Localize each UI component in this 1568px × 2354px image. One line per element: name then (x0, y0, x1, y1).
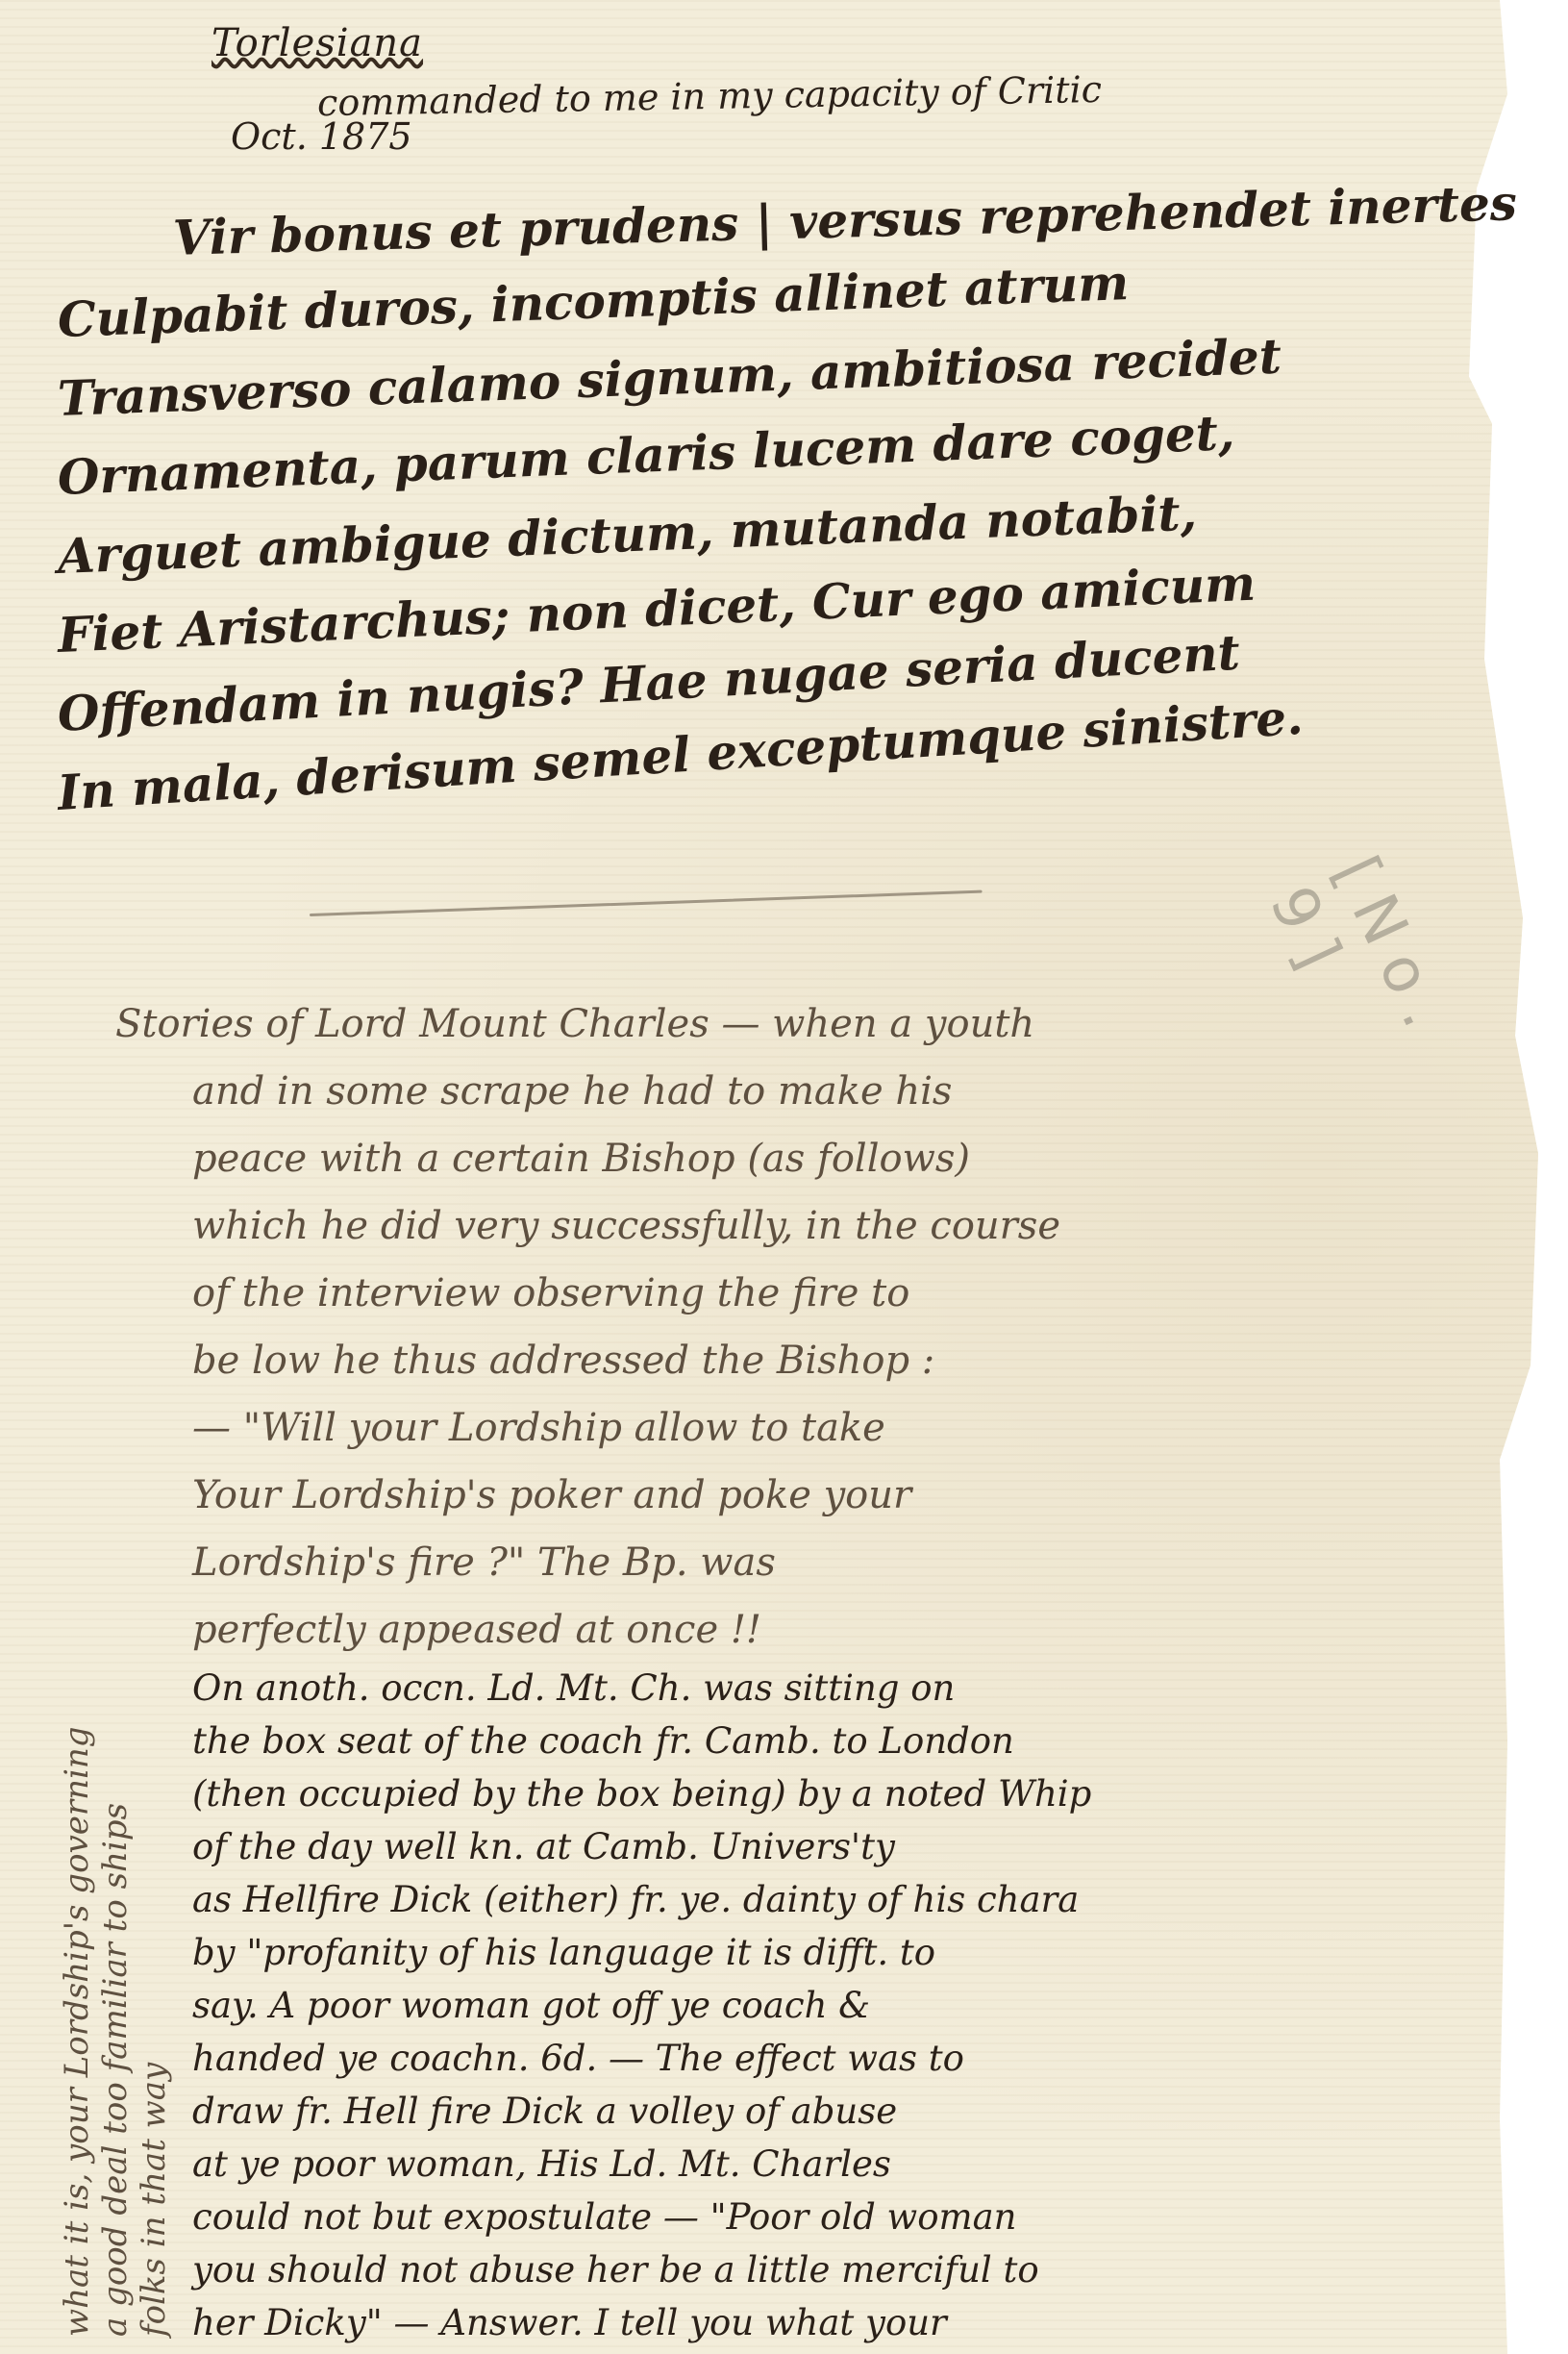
story-line: as Hellfire Dick (either) fr. ye. dainty… (192, 1873, 1519, 1926)
page-date: Oct. 1875 (231, 115, 412, 158)
story-one-block: Stories of Lord Mount Charles — when a y… (115, 990, 1481, 1664)
story-line: of the interview observing the fire to (192, 1260, 1481, 1327)
story-line: Stories of Lord Mount Charles — when a y… (115, 990, 1481, 1058)
story-line: could not but expostulate — "Poor old wo… (192, 2191, 1519, 2243)
story-line: be low he thus addressed the Bishop : (192, 1327, 1481, 1394)
story-line: handed ye coachn. 6d. — The effect was t… (192, 2032, 1519, 2085)
latin-verse-block: Vir bonus et prudens | versus reprehende… (58, 202, 1481, 833)
story-line: of the day well kn. at Camb. Univers'ty (192, 1820, 1519, 1873)
story-line: you should not abuse her be a little mer… (192, 2243, 1519, 2296)
vertical-margin-note: what it is, your Lordship's governing a … (58, 1125, 173, 2337)
story-line: peace with a certain Bishop (as follows) (192, 1125, 1481, 1192)
story-line: which he did very successfully, in the c… (192, 1192, 1481, 1260)
story-line: perfectly appeased at once !! (192, 1596, 1481, 1664)
margin-note-line: a good deal too familiar to ships (96, 1125, 135, 2337)
story-line: On anoth. occn. Ld. Mt. Ch. was sitting … (192, 1662, 1519, 1715)
story-line: — "Will your Lordship allow to take (192, 1394, 1481, 1462)
story-line: (then occupied by the box being) by a no… (192, 1767, 1519, 1820)
story-line: the box seat of the coach fr. Camb. to L… (192, 1715, 1519, 1767)
story-line: say. A poor woman got off ye coach & (192, 1979, 1519, 2032)
story-two-block: On anoth. occn. Ld. Mt. Ch. was sitting … (192, 1662, 1519, 2349)
story-line: draw fr. Hell fire Dick a volley of abus… (192, 2085, 1519, 2138)
story-line: by "profanity of his language it is diff… (192, 1926, 1519, 1979)
margin-note-line: what it is, your Lordship's governing (58, 1125, 96, 2337)
story-line: her Dicky" — Answer. I tell you what you… (192, 2296, 1519, 2349)
margin-note-line: folks in that way (135, 1125, 173, 2337)
story-line: at ye poor woman, His Ld. Mt. Charles (192, 2138, 1519, 2191)
story-line: and in some scrape he had to make his (192, 1058, 1481, 1125)
story-line: Lordship's fire ?" The Bp. was (192, 1529, 1481, 1596)
story-line: Your Lordship's poker and poke your (192, 1462, 1481, 1529)
page-title: Torlesiana (212, 21, 423, 65)
